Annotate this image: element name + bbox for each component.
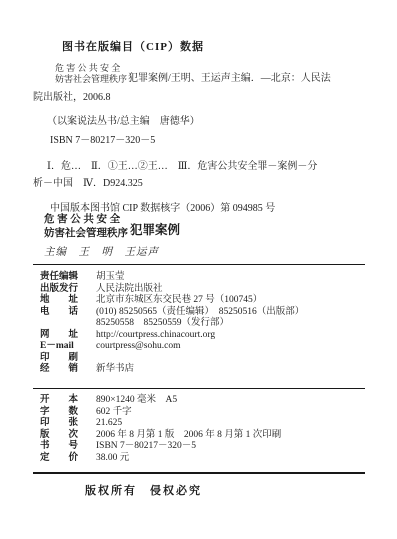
info-row-wordcount: 字 数 602 千字 bbox=[40, 407, 370, 419]
publisher-info: 责任编辑 胡玉莹 出版发行 人民法院出版社 地 址 北京市东城区东交民巷 27 … bbox=[40, 272, 370, 376]
row-label: 开 本 bbox=[40, 395, 96, 407]
row-value: 85250558 85250559（发行部） bbox=[96, 318, 229, 330]
row-label: 字 数 bbox=[40, 407, 96, 419]
cip-description-continuation: 院出版社，2006.8 bbox=[33, 88, 367, 103]
info-row-phone: 电 话 (010) 85250565（责任编辑） 85250516（出版部） bbox=[40, 307, 370, 319]
book-title-stacked: 危 害 公 共 安 全 妨害社会管理秩序 bbox=[44, 213, 128, 240]
book-title-suffix: 犯罪案例 bbox=[130, 215, 180, 238]
row-label: 经 销 bbox=[40, 364, 96, 376]
info-row-edition: 版 次 2006 年 8 月第 1 版 2006 年 8 月第 1 次印刷 bbox=[40, 430, 370, 442]
info-row-editor: 责任编辑 胡玉莹 bbox=[40, 272, 370, 284]
row-value: 2006 年 8 月第 1 版 2006 年 8 月第 1 次印刷 bbox=[96, 430, 281, 442]
row-label: 责任编辑 bbox=[40, 272, 96, 284]
info-row-website: 网 址 http://courtpress.chinacourt.org bbox=[40, 330, 370, 342]
cip-section: 图书在版编目（CIP）数据 危 害 公 共 安 全 妨害社会管理秩序 犯罪案例/… bbox=[33, 38, 367, 214]
cip-classification-line2: 析－中国 Ⅳ．D924.325 bbox=[33, 174, 367, 189]
copyright-page: 图书在版编目（CIP）数据 危 害 公 共 安 全 妨害社会管理秩序 犯罪案例/… bbox=[0, 0, 397, 539]
row-value: 人民法院出版社 bbox=[96, 284, 163, 296]
row-value: 胡玉莹 bbox=[96, 272, 125, 284]
cip-description-text: 犯罪案例/王明、王运声主编．—北京：人民法 bbox=[128, 63, 331, 85]
row-label: 印 张 bbox=[40, 418, 96, 430]
cip-stacked-title: 危 害 公 共 安 全 妨害社会管理秩序 bbox=[55, 63, 127, 85]
row-label: E－mail bbox=[40, 341, 96, 353]
info-row-sheets: 印 张 21.625 bbox=[40, 418, 370, 430]
cip-description: 危 害 公 共 安 全 妨害社会管理秩序 犯罪案例/王明、王运声主编．—北京：人… bbox=[55, 63, 367, 85]
row-value: 北京市东城区东交民巷 27 号（100745） bbox=[96, 295, 262, 307]
divider-middle bbox=[33, 388, 365, 389]
book-title-block: 危 害 公 共 安 全 妨害社会管理秩序 犯罪案例 bbox=[44, 213, 180, 240]
row-value: ISBN 7－80217－320－5 bbox=[96, 441, 196, 453]
copyright-notice: 版权所有 侵权必究 bbox=[85, 482, 202, 498]
row-label: 地 址 bbox=[40, 295, 96, 307]
row-label: 电 话 bbox=[40, 307, 96, 319]
row-label: 书 号 bbox=[40, 441, 96, 453]
row-value: 890×1240 毫米 A5 bbox=[96, 395, 177, 407]
cip-isbn: ISBN 7－80217－320－5 bbox=[50, 131, 367, 146]
row-label bbox=[40, 318, 96, 330]
editors-line: 主编 王 明 王运声 bbox=[44, 244, 159, 259]
info-row-address: 地 址 北京市东城区东交民巷 27 号（100745） bbox=[40, 295, 370, 307]
info-row-format: 开 本 890×1240 毫米 A5 bbox=[40, 395, 370, 407]
info-row-publisher: 出版发行 人民法院出版社 bbox=[40, 284, 370, 296]
info-row-distribution: 经 销 新华书店 bbox=[40, 364, 370, 376]
divider-top bbox=[33, 264, 365, 265]
cip-series-line: （以案说法丛书/总主编 唐德华） bbox=[47, 112, 367, 127]
info-row-phone-continued: 85250558 85250559（发行部） bbox=[40, 318, 370, 330]
row-value: http://courtpress.chinacourt.org bbox=[96, 330, 215, 342]
row-label: 印 刷 bbox=[40, 353, 96, 365]
row-label: 出版发行 bbox=[40, 284, 96, 296]
row-label: 网 址 bbox=[40, 330, 96, 342]
divider-bottom bbox=[33, 472, 365, 474]
row-label: 定 价 bbox=[40, 453, 96, 465]
row-value: 38.00 元 bbox=[96, 453, 129, 465]
row-value: courtpress@sohu.com bbox=[96, 341, 180, 353]
row-value: 21.625 bbox=[96, 418, 122, 430]
printing-info: 开 本 890×1240 毫米 A5 字 数 602 千字 印 张 21.625… bbox=[40, 395, 370, 464]
row-label: 版 次 bbox=[40, 430, 96, 442]
cip-classification-line1: Ⅰ．危… Ⅱ．①王…②王… Ⅲ．危害公共安全罪－案例－分 bbox=[47, 157, 367, 172]
info-row-isbn: 书 号 ISBN 7－80217－320－5 bbox=[40, 441, 370, 453]
row-value: 602 千字 bbox=[96, 407, 132, 419]
row-value: (010) 85250565（责任编辑） 85250516（出版部） bbox=[96, 307, 304, 319]
info-row-email: E－mail courtpress@sohu.com bbox=[40, 341, 370, 353]
info-row-printing: 印 刷 bbox=[40, 353, 370, 365]
cip-heading: 图书在版编目（CIP）数据 bbox=[62, 38, 367, 54]
row-value: 新华书店 bbox=[96, 364, 134, 376]
info-row-price: 定 价 38.00 元 bbox=[40, 453, 370, 465]
cip-record-number: 中国版本图书馆 CIP 数据核字（2006）第 094985 号 bbox=[50, 199, 367, 214]
